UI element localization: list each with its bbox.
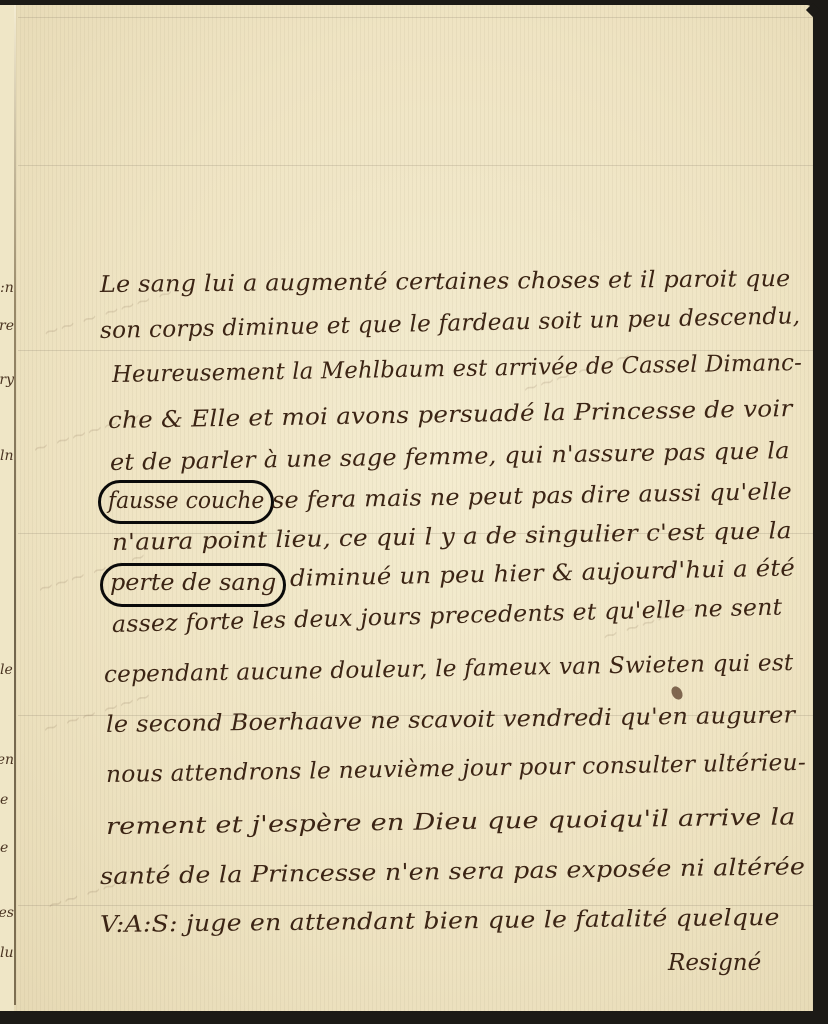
paper-rule (18, 17, 813, 18)
facing-page-strip (0, 5, 14, 1011)
margin-fragment: e (0, 840, 14, 856)
annotated-phrase: perte de sang (110, 570, 276, 596)
margin-fragment: dre (0, 318, 14, 334)
margin-fragment: es (0, 905, 14, 921)
closing-word: Resigné (668, 950, 761, 976)
margin-fragment: le (0, 662, 14, 678)
page-fold (14, 5, 16, 1005)
margin-fragment: ln (0, 448, 14, 464)
margin-fragment: en (0, 752, 14, 768)
margin-fragment: ry (0, 372, 14, 388)
margin-fragment: lu (0, 945, 14, 961)
paper-rule (18, 165, 813, 166)
annotated-phrase: fausse couche (108, 488, 264, 514)
margin-fragment: n: (0, 280, 14, 296)
margin-fragment: e (0, 792, 14, 808)
